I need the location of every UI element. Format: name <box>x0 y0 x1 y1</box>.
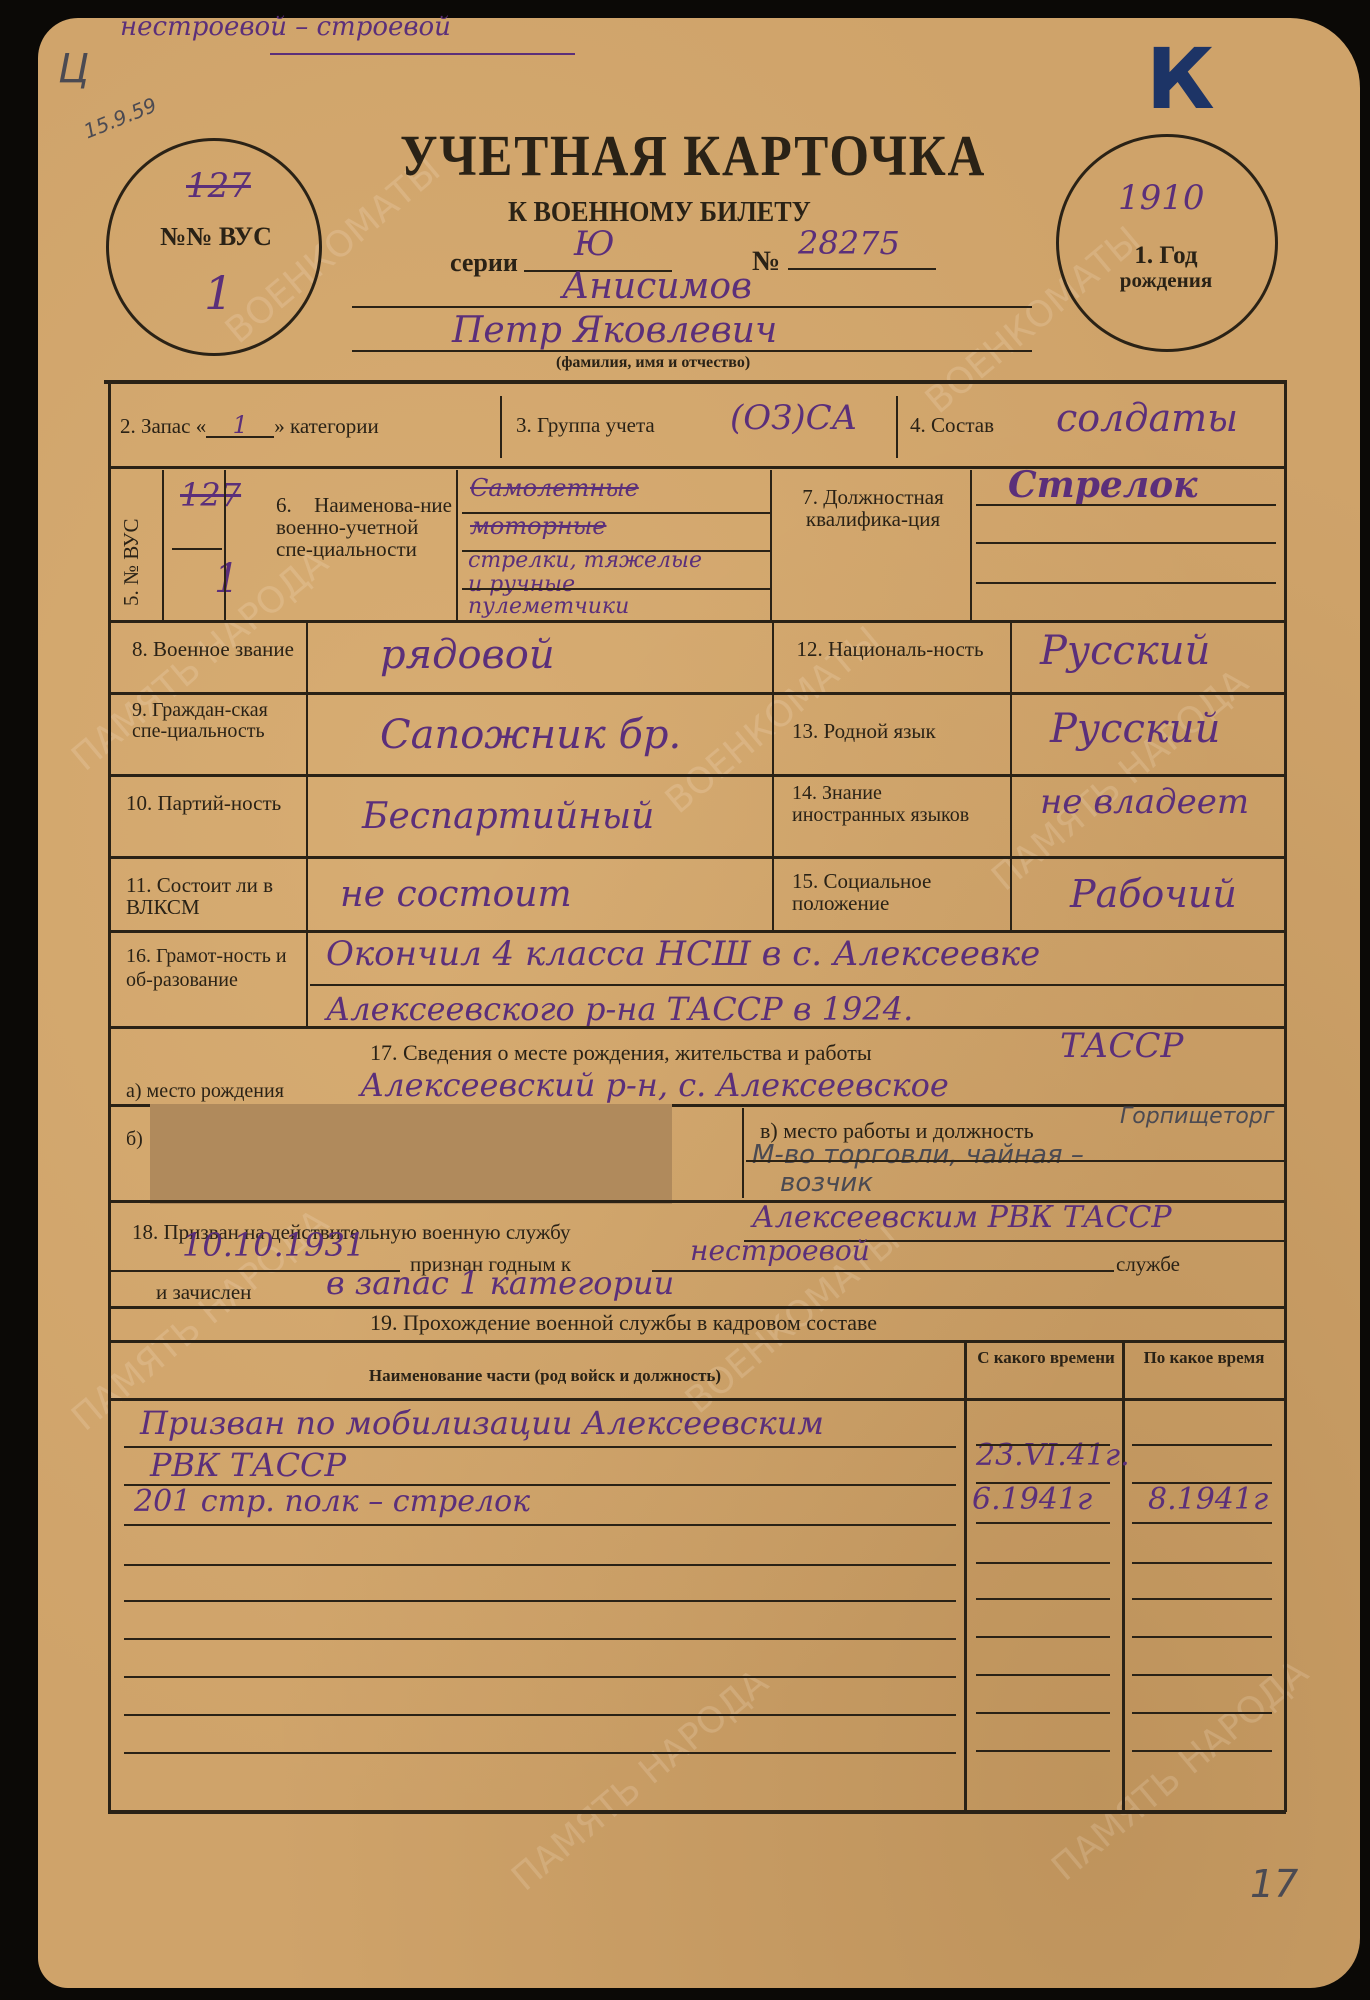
native-language-label: 13. Родной язык <box>792 720 936 742</box>
entry-line <box>976 1712 1110 1714</box>
surname-line <box>352 306 1032 308</box>
group-value: (ОЗ)СА <box>730 398 857 438</box>
entry-line <box>1132 1522 1272 1524</box>
service-row-unit: Призван по мобилизации Алексеевским <box>140 1404 824 1442</box>
position-qualification-label: 7. Должностная квалифика-ция <box>778 486 968 530</box>
redacted-residence <box>150 1104 672 1204</box>
section17-suffix: ТАССР <box>1060 1026 1183 1066</box>
underline <box>270 53 575 55</box>
komsomol-label: 11. Состоит ли в ВЛКСМ <box>126 874 306 918</box>
vus-label: №№ ВУС <box>116 222 316 252</box>
table-left-border <box>108 382 111 1812</box>
divider <box>896 396 898 458</box>
enrolled-value: в запас 1 категории <box>326 1264 674 1302</box>
rank-value: рядовой <box>380 632 555 678</box>
table-bottom-border <box>108 1810 1286 1814</box>
fraction-line <box>172 548 222 550</box>
social-status-label: 15. Социальное положение <box>792 870 982 914</box>
corner-mark: Ц <box>58 46 89 92</box>
entry-line <box>1132 1598 1272 1600</box>
entry-line <box>124 1446 956 1448</box>
row-divider <box>110 856 1284 859</box>
birth-year-value: 1910 <box>1118 178 1205 218</box>
foreign-languages-label: 14. Знание иностранных языков <box>792 782 992 826</box>
entry-line <box>976 1522 1110 1524</box>
entry-line <box>976 542 1276 544</box>
birth-year-label: 1. Год рождения <box>1066 244 1266 292</box>
education-line-2: Алексеевского р-на ТАССР в 1924. <box>326 990 913 1028</box>
civil-specialty-value: Сапожник бр. <box>380 712 681 758</box>
row-divider <box>110 1398 1284 1401</box>
native-language-value: Русский <box>1050 706 1220 752</box>
party-value: Беспартийный <box>362 796 654 837</box>
column-divider <box>1122 1342 1125 1812</box>
specialty-line-3: пулеметчики <box>468 594 629 619</box>
divider <box>970 470 972 620</box>
name-line <box>352 350 1032 352</box>
service-word: службе <box>1116 1252 1180 1277</box>
position-qualification-value: Стрелок <box>1008 464 1198 506</box>
social-status-value: Рабочий <box>1070 872 1237 916</box>
entry-line <box>1132 1674 1272 1676</box>
education-line-1: Окончил 4 класса НСШ в с. Алексеевке <box>326 934 1040 974</box>
divider <box>456 470 458 620</box>
service-row-unit: РВК ТАССР <box>150 1446 346 1484</box>
row-divider <box>110 1306 1284 1309</box>
service-row-from: 6.1941г <box>972 1482 1092 1517</box>
series-label: серии <box>450 248 518 278</box>
commissariat-value: Алексеевским РВК ТАССР <box>752 1200 1172 1235</box>
nationality-value: Русский <box>1040 628 1210 674</box>
entry-line <box>976 1674 1110 1676</box>
divider <box>770 470 772 620</box>
divider <box>500 396 502 458</box>
surname-value: Анисимов <box>562 266 752 307</box>
entry-line <box>124 1484 956 1486</box>
entry-line <box>652 1270 1114 1272</box>
work-value-3: возчик <box>780 1168 873 1198</box>
fit-value: нестроевой <box>690 1234 870 1267</box>
column-header-from: С какого времени <box>972 1348 1120 1368</box>
column-header-unit: Наименование части (род войск и должност… <box>120 1366 970 1386</box>
entry-line <box>1132 1562 1272 1564</box>
composition-value: солдаты <box>1056 396 1238 440</box>
entry-line <box>976 1636 1110 1638</box>
entry-line <box>124 1638 956 1640</box>
entry-line <box>1132 1712 1272 1714</box>
entry-line <box>1132 1750 1272 1752</box>
entry-line <box>976 582 1276 584</box>
foreign-languages-value: не владеет <box>1040 784 1270 820</box>
entry-line <box>1132 1636 1272 1638</box>
service-row-unit: 201 стр. полк – стрелок <box>134 1484 530 1519</box>
composition-label: 4. Состав <box>910 414 994 436</box>
specialty-line-1: стрелки, тяжелые <box>468 548 702 573</box>
entry-line <box>124 1564 956 1566</box>
vus-struck-value: 127 <box>180 476 241 514</box>
civil-specialty-label: 9. Граждан-ская спе-циальность <box>132 700 304 742</box>
entry-line <box>124 1752 956 1754</box>
vus-number-value: 1 <box>214 556 239 602</box>
conscription-date: 10.10.1931 <box>182 1226 365 1264</box>
name-caption: (фамилия, имя и отчество) <box>556 354 750 372</box>
education-label: 16. Грамот-ность и об-разование <box>126 944 302 992</box>
entry-line <box>746 1160 1284 1162</box>
specialty-struck-1: Самолетные <box>470 474 639 502</box>
page-title: УЧЕТНАЯ КАРТОЧКА <box>400 122 986 189</box>
number-underline <box>788 268 936 270</box>
section17-title: 17. Сведения о месте рождения, жительств… <box>370 1040 872 1066</box>
column-divider <box>964 1342 967 1812</box>
entry-line <box>310 984 1284 986</box>
entry-line <box>976 1482 1110 1484</box>
table-right-border <box>1284 380 1287 1812</box>
number-label: № <box>752 246 780 278</box>
vus-struck-value: 127 <box>186 166 251 206</box>
entry-line <box>462 588 770 590</box>
letter-stamp: К <box>1146 30 1215 128</box>
page-subtitle: К ВОЕННОМУ БИЛЕТУ <box>508 196 811 229</box>
row-divider <box>108 620 1286 623</box>
divider <box>306 932 308 1028</box>
work-value-2: М-во торговли, чайная – <box>752 1140 1084 1170</box>
entry-line <box>976 1444 1110 1446</box>
series-value: Ю <box>574 224 615 264</box>
entry-line <box>124 1676 956 1678</box>
group-label: 3. Группа учета <box>516 414 655 436</box>
birthplace-label: а) место рождения <box>126 1080 284 1103</box>
vus-value: 1 <box>204 266 233 320</box>
residence-label: б) <box>126 1128 143 1151</box>
vus-number-label: 5. № ВУС <box>120 519 142 606</box>
reserve-label: 2. Запас «1» категории <box>120 414 379 438</box>
number-value: 28275 <box>798 224 900 262</box>
page-number: 17 <box>1250 1862 1298 1906</box>
entry-line <box>124 1600 956 1602</box>
rank-label: 8. Военное звание <box>132 638 302 660</box>
specialty-label: 6. Наименова-ние военно-учетной спе-циал… <box>276 494 452 560</box>
entry-line <box>976 1598 1110 1600</box>
entry-line <box>976 1750 1110 1752</box>
row-divider <box>110 692 1284 695</box>
section19-title: 19. Прохождение военной службы в кадрово… <box>370 1310 877 1336</box>
row-divider <box>110 1340 1284 1343</box>
entry-line <box>1132 1444 1272 1446</box>
entry-line <box>976 1562 1110 1564</box>
top-margin-note: нестроевой – строевой <box>120 12 451 42</box>
specialty-struck-2: моторные <box>470 512 606 540</box>
column-header-to: По какое время <box>1126 1348 1282 1368</box>
row-divider <box>110 930 1284 933</box>
birthplace-value: Алексеевский р-н, с. Алексеевское <box>360 1066 949 1104</box>
entry-line <box>1132 1482 1272 1484</box>
work-value-1: Горпищеторг <box>1120 1104 1274 1129</box>
table-top-border <box>104 380 1284 384</box>
divider <box>224 470 226 620</box>
nationality-label: 12. Националь-ность <box>790 638 990 660</box>
party-label: 10. Партий-ность <box>126 792 296 814</box>
row-divider <box>110 774 1284 777</box>
service-row-to: 8.1941г <box>1148 1482 1268 1517</box>
entry-line <box>124 1714 956 1716</box>
divider <box>742 1108 744 1198</box>
entry-line <box>976 504 1276 506</box>
divider <box>162 470 164 620</box>
komsomol-value: не состоит <box>340 874 572 915</box>
entry-line <box>124 1524 956 1526</box>
name-patronymic-value: Петр Яковлевич <box>452 310 777 351</box>
enrolled-label: и зачислен <box>156 1280 251 1305</box>
